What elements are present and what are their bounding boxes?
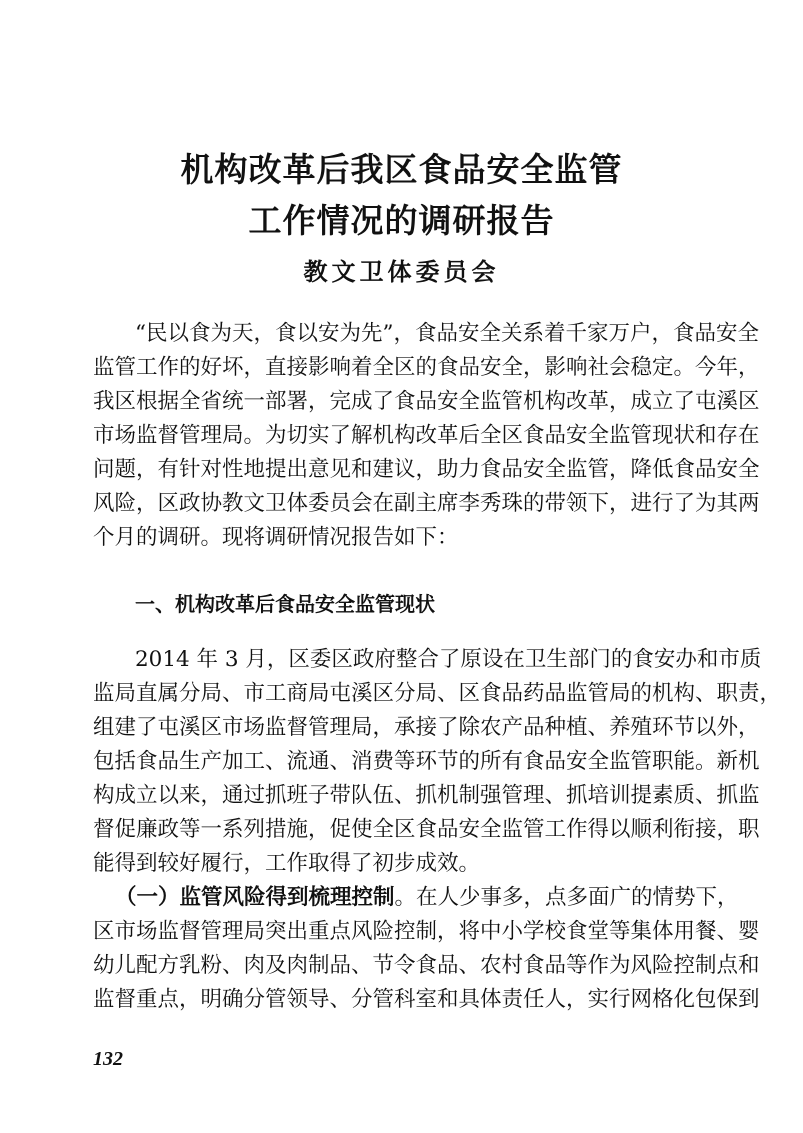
document-page: 机构改革后我区食品安全监管 工作情况的调研报告 教文卫体委员会 “民以食为天，食…: [0, 0, 803, 1133]
section-line: 督促廉政等一系列措施，促使全区食品安全监管工作得以顺利衔接，职: [93, 816, 713, 844]
subsection-line: 监督重点，明确分管领导、分管科室和具体责任人，实行网格化包保到: [93, 986, 713, 1014]
intro-line: 市场监督管理局。为切实了解机构改革后全区食品安全监管现状和存在: [93, 422, 713, 450]
subsection-text: 。在人少事多，点多面广的情势下，: [395, 885, 739, 910]
section-line: 包括食品生产加工、流通、消费等环节的所有食品安全监管职能。新机: [93, 748, 713, 776]
intro-line: “民以食为天，食以安为先”，食品安全关系着千家万户，食品安全: [135, 320, 713, 348]
report-title-line-1: 机构改革后我区食品安全监管: [0, 144, 803, 191]
intro-line: 风险，区政协教文卫体委员会在副主席李秀珠的带领下，进行了为其两: [93, 490, 713, 518]
page-number: 132: [93, 1048, 123, 1071]
subsection-first-line: （一）监管风险得到梳理控制。在人少事多，点多面广的情势下，: [115, 884, 713, 912]
intro-line: 问题，有针对性地提出意见和建议，助力食品安全监管，降低食品安全: [93, 456, 713, 484]
section-line: 构成立以来，通过抓班子带队伍、抓机制强管理、抓培训提素质、抓监: [93, 782, 713, 810]
subsection-line: 区市场监督管理局突出重点风险控制，将中小学校食堂等集体用餐、婴: [93, 918, 713, 946]
report-title-line-2: 工作情况的调研报告: [0, 195, 803, 242]
section-heading: 一、机构改革后食品安全监管现状: [135, 588, 435, 617]
intro-line: 我区根据全省统一部署，完成了食品安全监管机构改革，成立了屯溪区: [93, 388, 713, 416]
subsection-heading: （一）监管风险得到梳理控制: [115, 885, 395, 910]
section-line: 监局直属分局、市工商局屯溪区分局、区食品药品监管局的机构、职责，: [93, 680, 713, 708]
section-line: 能得到较好履行，工作取得了初步成效。: [93, 850, 713, 878]
section-line: 组建了屯溪区市场监督管理局，承接了除农产品种植、养殖环节以外，: [93, 714, 713, 742]
intro-line: 个月的调研。现将调研情况报告如下：: [93, 524, 713, 552]
section-line: 2014 年 3 月，区委区政府整合了原设在卫生部门的食安办和市质: [135, 646, 713, 674]
subsection-line: 幼儿配方乳粉、肉及肉制品、节令食品、农村食品等作为风险控制点和: [93, 952, 713, 980]
report-author: 教文卫体委员会: [0, 252, 803, 287]
intro-line: 监管工作的好坏，直接影响着全区的食品安全，影响社会稳定。今年，: [93, 354, 713, 382]
